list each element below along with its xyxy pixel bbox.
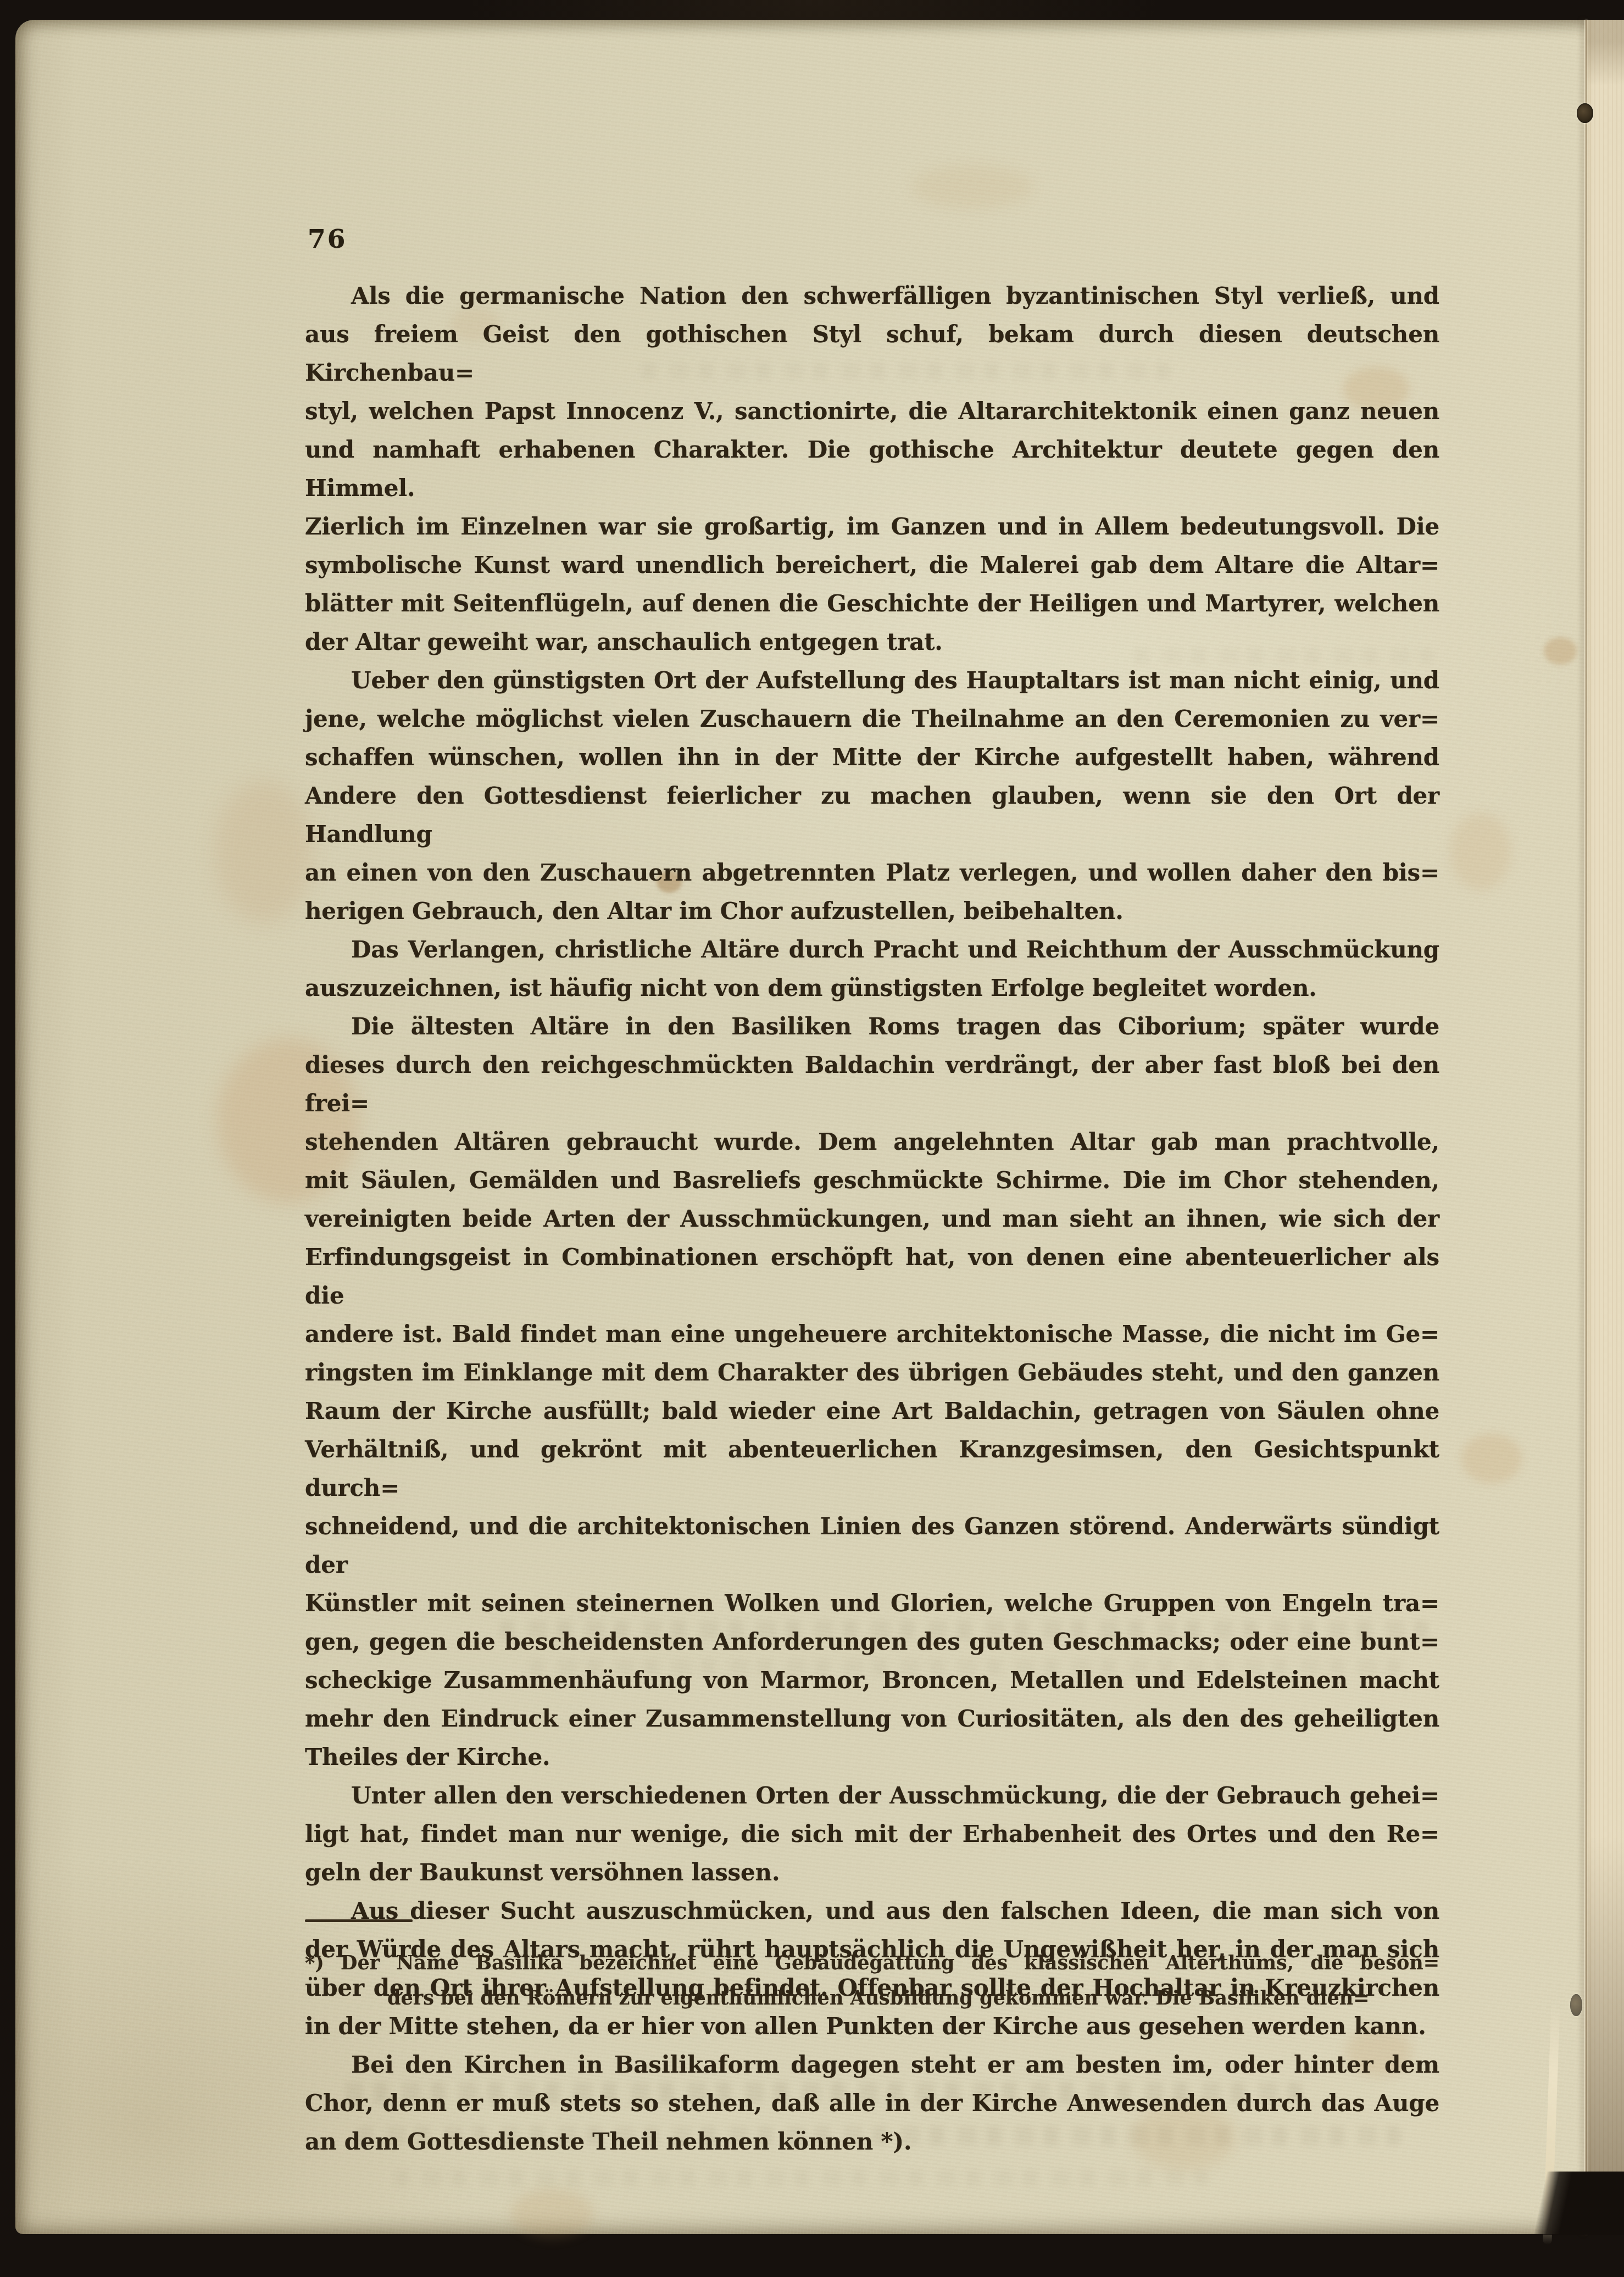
- text-line: dieses durch den reichgeschmückten Balda…: [305, 1046, 1439, 1123]
- footnote: *) Der Name Basilika bezeichnet eine Geb…: [305, 1946, 1439, 2016]
- text-line: styl, welchen Papst Innocenz V., sanctio…: [305, 392, 1439, 431]
- footnote-line: *) Der Name Basilika bezeichnet eine Geb…: [305, 1946, 1439, 1981]
- wormhole: [1577, 103, 1593, 123]
- text-line: Ueber den günstigsten Ort der Aufstellun…: [305, 661, 1439, 700]
- foxing-stain: [1450, 813, 1511, 890]
- text-line: schaffen wünschen, wollen ihn in der Mit…: [305, 738, 1439, 777]
- page-number: 76: [308, 224, 347, 254]
- text-line: schneidend, und die architektonischen Li…: [305, 1507, 1439, 1584]
- text-line: Zierlich im Einzelnen war sie großartig,…: [305, 508, 1439, 546]
- page-crease: [1584, 20, 1587, 2234]
- text-line: scheckige Zusammenhäufung von Marmor, Br…: [305, 1661, 1439, 1700]
- foxing-stain: [511, 2189, 593, 2239]
- text-line: an einen von den Zuschauern abgetrennten…: [305, 854, 1439, 892]
- text-line: ringsten im Einklange mit dem Charakter …: [305, 1354, 1439, 1392]
- text-line: und namhaft erhabenen Charakter. Die got…: [305, 431, 1439, 508]
- text-line: Das Verlangen, christliche Altäre durch …: [305, 931, 1439, 969]
- text-line: jene, welche möglichst vielen Zuschauern…: [305, 700, 1439, 738]
- text-line: symbolische Kunst ward unendlich bereich…: [305, 546, 1439, 584]
- text-line: Chor, denn er muß stets so stehen, daß a…: [305, 2084, 1439, 2123]
- text-line: Andere den Gottesdienst feierlicher zu m…: [305, 777, 1439, 854]
- text-line: vereinigten beide Arten der Ausschmückun…: [305, 1200, 1439, 1238]
- text-line: gen, gegen die bescheidensten Anforderun…: [305, 1623, 1439, 1661]
- text-line: Künstler mit seinen steinernen Wolken un…: [305, 1584, 1439, 1623]
- text-line: aus freiem Geist den gothischen Styl sch…: [305, 315, 1439, 392]
- text-line: der Altar geweiht war, anschaulich entge…: [305, 623, 1439, 661]
- fore-edge: [1586, 20, 1624, 2234]
- text-line: mit Säulen, Gemälden und Basreliefs gesc…: [305, 1161, 1439, 1200]
- text-line: mehr den Eindruck einer Zusammenstellung…: [305, 1700, 1439, 1738]
- text-line: Verhältniß, und gekrönt mit abenteuerlic…: [305, 1430, 1439, 1507]
- book-page: 76 Als die germanische Nation den schwer…: [15, 20, 1624, 2234]
- foxing-stain: [1461, 1434, 1522, 1483]
- text-line: an dem Gottesdienste Theil nehmen können…: [305, 2123, 1439, 2161]
- footnote-line: ders bei den Römern zur eigenthümlichen …: [305, 1981, 1439, 2016]
- text-line: ligt hat, findet man nur wenige, die sic…: [305, 1815, 1439, 1853]
- page-curl-shadow: [1476, 2172, 1624, 2235]
- foxing-stain: [1544, 637, 1577, 665]
- text-line: Die ältesten Altäre in den Basiliken Rom…: [305, 1007, 1439, 1046]
- text-line: auszuzeichnen, ist häufig nicht von dem …: [305, 969, 1439, 1007]
- foxing-stain: [214, 780, 313, 923]
- text-line: stehenden Altären gebraucht wurde. Dem a…: [305, 1123, 1439, 1161]
- text-line: blätter mit Seitenflügeln, auf denen die…: [305, 584, 1439, 623]
- wormhole: [1570, 1994, 1582, 2016]
- text-line: geln der Baukunst versöhnen lassen.: [305, 1853, 1439, 1892]
- footnote-separator: [305, 1919, 413, 1922]
- text-line: Als die germanische Nation den schwerfäl…: [305, 277, 1439, 315]
- text-line: Unter allen den verschiedenen Orten der …: [305, 1777, 1439, 1815]
- text-line: Bei den Kirchen in Basilikaform dagegen …: [305, 2046, 1439, 2084]
- body-text: Als die germanische Nation den schwerfäl…: [305, 277, 1439, 2161]
- show-through: [385, 2170, 1209, 2186]
- text-line: Erfindungsgeist in Combinationen erschöp…: [305, 1238, 1439, 1315]
- text-line: Aus dieser Sucht auszuschmücken, und aus…: [305, 1892, 1439, 1930]
- text-line: Raum der Kirche ausfüllt; bald wieder ei…: [305, 1392, 1439, 1430]
- foxing-stain: [912, 165, 1033, 209]
- text-line: andere ist. Bald findet man eine ungeheu…: [305, 1315, 1439, 1354]
- text-line: herigen Gebrauch, den Altar im Chor aufz…: [305, 892, 1439, 931]
- text-line: Theiles der Kirche.: [305, 1738, 1439, 1777]
